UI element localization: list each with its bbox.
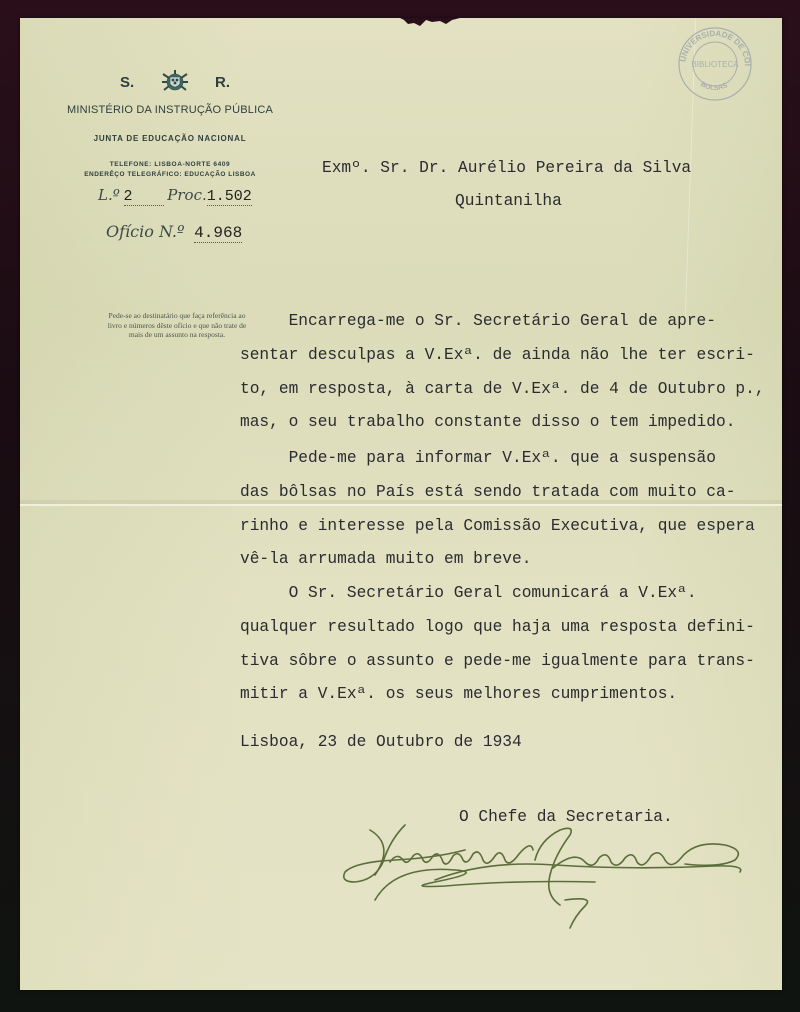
body-line: tiva sôbre o assunto e pede-me igualment…: [240, 652, 755, 670]
oficio-number: Ofício N.º 4.968: [106, 222, 242, 243]
body-line: Pede-me para informar V.Exª. que a suspe…: [240, 449, 716, 467]
body-line: sentar desculpas a V.Exª. de ainda não l…: [240, 346, 755, 364]
body-line: O Sr. Secretário Geral comunicará a V.Ex…: [240, 584, 697, 602]
oficio-label: Ofício N.º: [106, 222, 185, 241]
reference-line: L.º 2 Proc.1.502: [98, 186, 252, 206]
body-line: vê-la arrumada muito em breve.: [240, 550, 531, 568]
body-line: qualquer resultado logo que haja uma res…: [240, 618, 755, 636]
junta-name: JUNTA DE EDUCAÇÃO NACIONAL: [60, 134, 280, 143]
fold-line: [20, 504, 782, 506]
stamp-bottom-text: BOLSAS: [699, 81, 729, 92]
body-line: mas, o seu trabalho constante disso o te…: [240, 413, 735, 431]
body-line: to, em resposta, à carta de V.Exª. de 4 …: [240, 380, 765, 398]
body-line: mitir a V.Exª. os seus melhores cumprime…: [240, 685, 677, 703]
oficio-value: 4.968: [194, 224, 242, 243]
coat-of-arms-icon: [159, 68, 191, 96]
letterhead-initials: S. R.: [120, 68, 230, 96]
stamp-center-text: BIBLIOTECA: [691, 60, 739, 69]
library-stamp-icon: UNIVERSIDADE DE COIMBRA BIBLIOTECA BOLSA…: [672, 22, 758, 102]
addressee-name: Exmº. Sr. Dr. Aurélio Pereira da Silva: [322, 159, 691, 177]
livro-label: L.º: [98, 186, 120, 204]
handwritten-signature-icon: [335, 820, 765, 930]
ministry-name: MINISTÉRIO DA INSTRUÇÃO PÚBLICA: [60, 104, 280, 116]
proc-value: 1.502: [207, 188, 252, 206]
addressee-place: Quintanilha: [455, 192, 562, 210]
body-line: das bôlsas no País está sendo tratada co…: [240, 483, 735, 501]
paper-tear: [400, 18, 460, 28]
body-line: Encarrega-me o Sr. Secretário Geral de a…: [240, 312, 716, 330]
livro-value: 2: [124, 188, 164, 206]
reply-instructions-note: Pede-se ao destinatário que faça referên…: [107, 311, 247, 340]
body-line: rinho e interesse pela Comissão Executiv…: [240, 517, 755, 535]
initial-s: S.: [120, 74, 134, 91]
telephone-line: TELEFONE: LISBOA-NORTE 6409: [60, 161, 280, 168]
svg-text:BOLSAS: BOLSAS: [699, 81, 729, 92]
initial-r: R.: [215, 74, 230, 91]
proc-label: Proc.: [167, 186, 206, 204]
telegraph-address: ENDERÊÇO TELEGRÁFICO: EDUCAÇÃO LISBOA: [60, 171, 280, 178]
letter-date: Lisboa, 23 de Outubro de 1934: [240, 733, 522, 751]
